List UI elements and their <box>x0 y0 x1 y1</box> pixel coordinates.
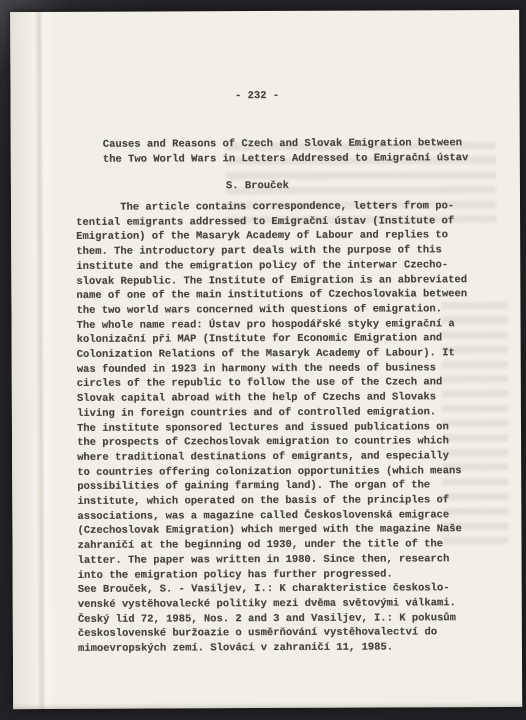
page-number: - 232 - <box>11 88 520 105</box>
article-author: S. Brouček <box>11 178 520 195</box>
photo-frame: - 232 - Causes and Reasons of Czech and … <box>0 0 526 720</box>
scanned-page: - 232 - Causes and Reasons of Czech and … <box>10 10 522 709</box>
article-body: The article contains correspondence, let… <box>76 199 469 656</box>
article-title: Causes and Reasons of Czech and Slovak E… <box>103 136 469 167</box>
